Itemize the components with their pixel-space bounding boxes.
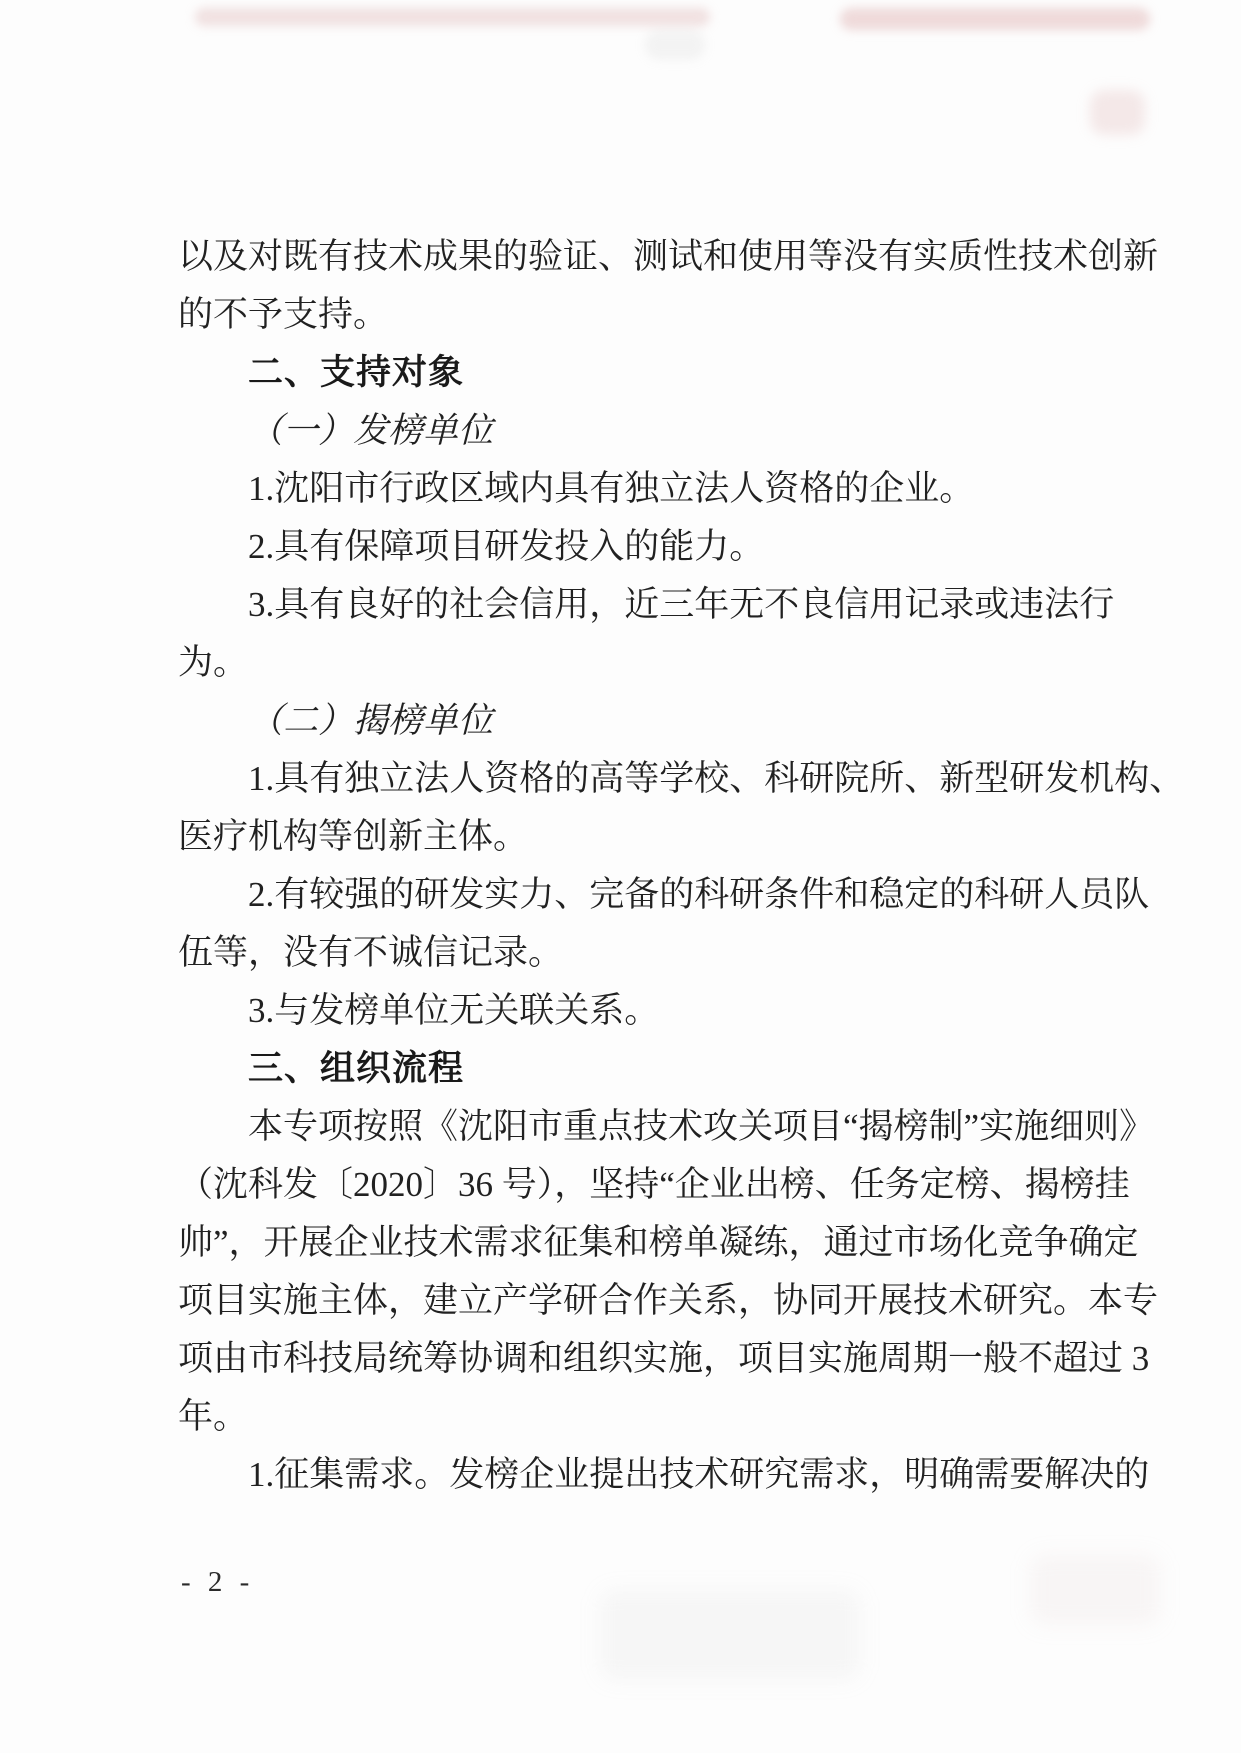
scan-bleed-mark — [600, 1590, 860, 1680]
body-line: 2.有较强的研发实力、完备的科研条件和稳定的科研人员队 — [178, 866, 1094, 924]
document-body: 以及对既有技术成果的验证、测试和使用等没有实质性技术创新 的不予支持。 二、支持… — [178, 228, 1094, 1504]
section-heading: 二、支持对象 — [178, 344, 1094, 402]
body-line: 2.具有保障项目研发投入的能力。 — [178, 518, 1094, 576]
scan-bleed-mark — [195, 8, 710, 26]
body-line: 项目实施主体，建立产学研合作关系，协同开展技术研究。本专 — [178, 1272, 1094, 1330]
subsection-heading: （二）揭榜单位 — [178, 692, 1094, 750]
body-line: 的不予支持。 — [178, 286, 1094, 344]
body-line: 医疗机构等创新主体。 — [178, 808, 1094, 866]
subsection-heading: （一）发榜单位 — [178, 402, 1094, 460]
body-line: 伍等，没有不诚信记录。 — [178, 924, 1094, 982]
body-line: 3.具有良好的社会信用，近三年无不良信用记录或违法行 — [178, 576, 1094, 634]
body-line: 以及对既有技术成果的验证、测试和使用等没有实质性技术创新 — [178, 228, 1094, 286]
body-line: 为。 — [178, 634, 1094, 692]
body-line: 3.与发榜单位无关联关系。 — [178, 982, 1094, 1040]
scan-bleed-mark — [1030, 1555, 1160, 1625]
scanned-document-page: 以及对既有技术成果的验证、测试和使用等没有实质性技术创新 的不予支持。 二、支持… — [0, 0, 1241, 1753]
scan-bleed-mark — [645, 30, 705, 60]
body-line: 1.具有独立法人资格的高等学校、科研院所、新型研发机构、 — [178, 750, 1094, 808]
body-line: 1.征集需求。发榜企业提出技术研究需求，明确需要解决的 — [178, 1446, 1094, 1504]
body-line: 1.沈阳市行政区域内具有独立法人资格的企业。 — [178, 460, 1094, 518]
scan-bleed-mark — [840, 8, 1150, 30]
scan-bleed-mark — [1090, 90, 1145, 135]
body-line: 本专项按照《沈阳市重点技术攻关项目“揭榜制”实施细则》 — [178, 1098, 1094, 1156]
body-line: 帅”，开展企业技术需求征集和榜单凝练，通过市场化竞争确定 — [178, 1214, 1094, 1272]
section-heading: 三、组织流程 — [178, 1040, 1094, 1098]
page-number: - 2 - — [181, 1562, 254, 1602]
body-line: （沈科发〔2020〕36 号），坚持“企业出榜、任务定榜、揭榜挂 — [178, 1156, 1094, 1214]
body-line: 年。 — [178, 1388, 1094, 1446]
body-line: 项由市科技局统筹协调和组织实施，项目实施周期一般不超过 3 — [178, 1330, 1094, 1388]
